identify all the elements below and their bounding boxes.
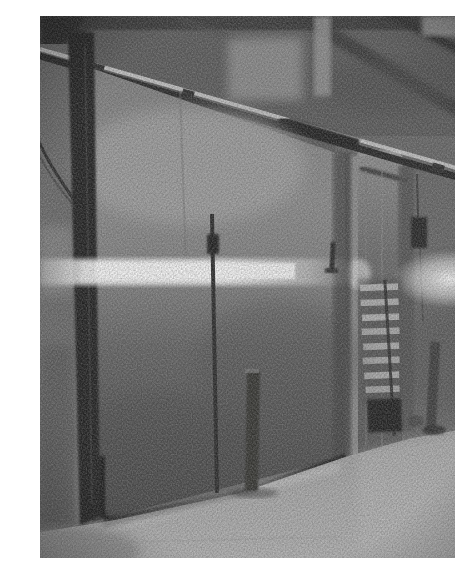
photo-canvas — [40, 16, 455, 558]
photo-vignette — [40, 16, 455, 558]
halftone-photograph: Grainy black-and-white halftone photogra… — [40, 16, 455, 558]
photo-grain — [40, 16, 455, 558]
